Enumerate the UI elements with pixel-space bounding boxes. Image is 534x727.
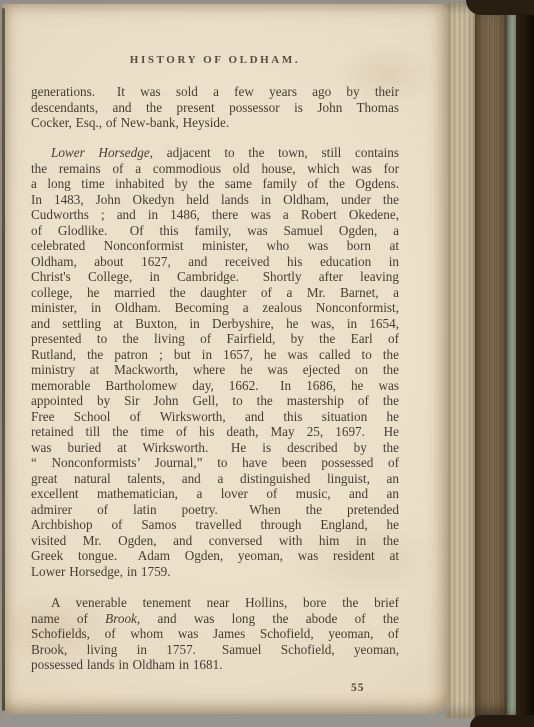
text-line: the remains of a commodious old house, w… [31, 161, 399, 177]
text-line: admirer of latin poetry. When the preten… [31, 502, 399, 518]
text-line: appointed by Sir John Gell, to the maste… [31, 393, 399, 409]
text-line: Oldham, about 1627, and received his edu… [31, 254, 399, 270]
text-line: was buried at Wirksworth. He is describe… [31, 440, 399, 456]
text-line: memorable Bartholomew day, 1662. In 1686… [31, 378, 399, 394]
text-line: celebrated Nonconformist minister, who w… [31, 238, 399, 254]
text-line: “ Nonconformists’ Journal,” to have been… [31, 455, 399, 471]
text-line: A venerable tenement near Hollins, bore … [31, 595, 399, 611]
text-line: possessed lands in Oldham in 1681. [31, 657, 399, 673]
text-line: Brook, living in 1757. Samuel Schofield,… [31, 642, 399, 658]
text-line: Rutland, the patron ; but in 1657, he wa… [31, 347, 399, 363]
book-cover [516, 0, 534, 727]
left-page-edge [2, 8, 5, 711]
text-line: and settling at Buxton, in Derbyshire, h… [31, 316, 399, 332]
text-line: minister, in Oldham. Becoming a zealous … [31, 300, 399, 316]
paragraph-2: Lower Horsedge, adjacent to the town, st… [31, 145, 399, 579]
text-line: Greek tongue. Adam Ogden, yeoman, was re… [31, 548, 399, 564]
text-line: of Glodlike. Of this family, was Samuel … [31, 223, 399, 239]
text-line: In 1483, John Okedyn held lands in Oldha… [31, 192, 399, 208]
text-segment: , and was long the abode of the [137, 611, 399, 626]
paragraph-1: generations. It was sold a few years ago… [31, 84, 399, 131]
text-segment: name of [31, 611, 105, 626]
text-line: great natural talents, and a distinguish… [31, 471, 399, 487]
text-segment: , adjacent to the town, still contains [150, 145, 399, 160]
italic-place-name: Lower Horsedge [51, 145, 150, 160]
page-number: 55 [351, 682, 365, 694]
book-cover-bottom-curve [470, 715, 534, 727]
page-edges-light [446, 3, 475, 718]
italic-place-name: Brook [105, 611, 137, 626]
text-line: Cudworths ; and in 1486, there was a Rob… [31, 207, 399, 223]
text-line: a long time inhabited by the same family… [31, 176, 399, 192]
text-line: ministry at Mackworth, where he was ejec… [31, 362, 399, 378]
text-line: Archbishop of Samos travelled through En… [31, 517, 399, 533]
page-edges-dark [475, 2, 507, 720]
text-line: excellent mathematician, a lover of musi… [31, 486, 399, 502]
text-line: generations. It was sold a few years ago… [31, 84, 399, 100]
book-page: HISTORY OF OLDHAM. generations. It was s… [2, 4, 448, 714]
text-line: visited Mr. Ogden, and conversed with hi… [31, 533, 399, 549]
text-line: descendants, and the present possessor i… [31, 100, 399, 116]
text-line: Free School of Wirksworth, and this situ… [31, 409, 399, 425]
book-cover-top-curve [466, 0, 534, 15]
text-line: presented to the living of Fairfield, by… [31, 331, 399, 347]
text-line: name of Brook, and was long the abode of… [31, 611, 399, 627]
text-line: Cocker, Esq., of New-bank, Heyside. [31, 115, 399, 131]
text-line: Schofields, of whom was James Schofield,… [31, 626, 399, 642]
text-line: retained till the time of his death, May… [31, 424, 399, 440]
text-line: Lower Horsedge, in 1759. [31, 564, 399, 580]
text-line: Lower Horsedge, adjacent to the town, st… [31, 145, 399, 161]
paragraph-3: A venerable tenement near Hollins, bore … [31, 595, 399, 673]
text-line: college, he married the daughter of a Mr… [31, 285, 399, 301]
book-photo: HISTORY OF OLDHAM. generations. It was s… [0, 0, 534, 727]
text-line: Christ's College, in Cambridge. Shortly … [31, 269, 399, 285]
running-header: HISTORY OF OLDHAM. [31, 54, 399, 66]
